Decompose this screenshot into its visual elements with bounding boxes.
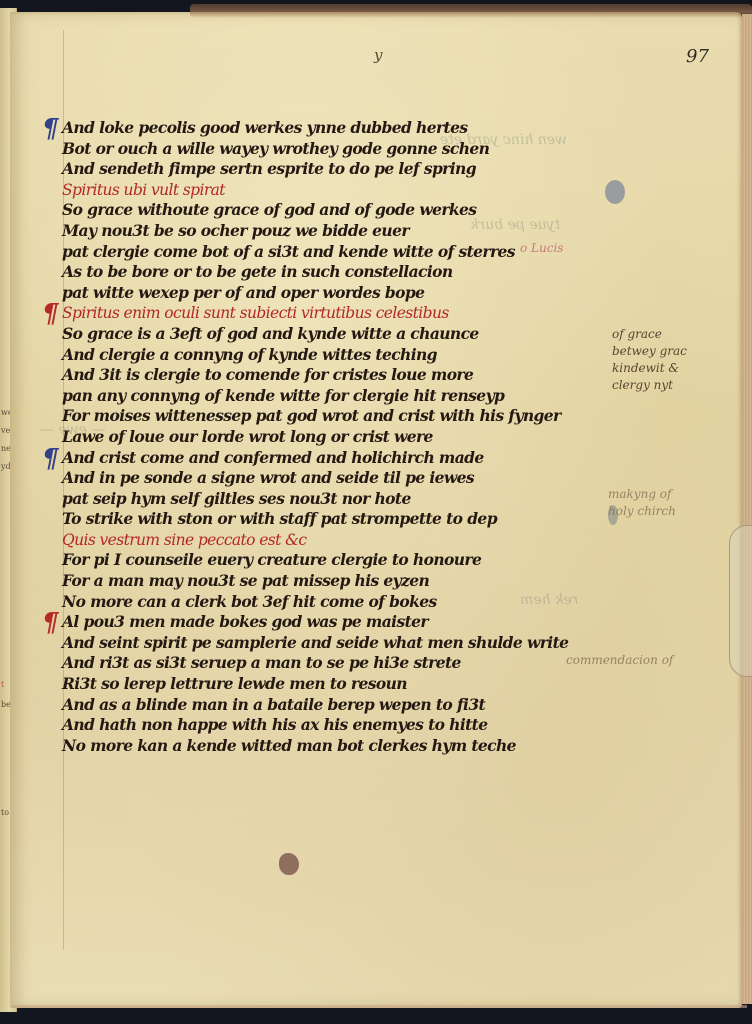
margin-note-line: betwey grac <box>612 343 687 360</box>
line-text: For a man may nou3t se pat missep his ey… <box>62 571 429 590</box>
rubric-line: Quis vestrum sine peccato est &c <box>40 530 640 551</box>
rubric-line: ¶ Spiritus enim oculi sunt subiecti virt… <box>40 303 640 324</box>
line-text: For moises wittenessep pat god wrot and … <box>62 406 561 425</box>
line-text: pan any connyng of kende witte for clerg… <box>62 386 504 405</box>
text-line: No more kan a kende witted man bot clerk… <box>40 736 640 757</box>
line-text: Bot or ouch a wille wayey wrothey gode g… <box>62 139 489 158</box>
margin-note-line: kindewit & <box>612 360 687 377</box>
line-text: pat clergie come bot of a si3t and kende… <box>62 242 515 261</box>
line-text: And as a blinde man in a bataile berep w… <box>62 695 485 714</box>
text-line: ¶ Al pou3 men made bokes god was pe mais… <box>40 612 640 633</box>
line-text: So grace withoute grace of god and of go… <box>62 200 476 219</box>
page-block-edge <box>742 14 752 1004</box>
line-text: pat witte wexep per of and oper wordes b… <box>62 283 424 302</box>
text-line: No more can a clerk bot 3ef hit come of … <box>40 592 640 613</box>
text-line: Bot or ouch a wille wayey wrothey gode g… <box>40 139 640 160</box>
text-line: And seint spirit pe samplerie and seide … <box>40 633 640 654</box>
margin-note-line: holy chirch <box>608 503 676 520</box>
line-text: As to be bore or to be gete in such cons… <box>62 262 453 281</box>
worn-top-edge <box>190 4 752 18</box>
line-text: To strike with ston or with staff pat st… <box>62 509 497 528</box>
margin-note: makyng of holy chirch <box>608 486 676 520</box>
text-line: pan any connyng of kende witte for clerg… <box>40 386 640 407</box>
text-line: And 3it is clergie to comende for criste… <box>40 365 640 386</box>
rubric-line: Spiritus ubi vult spirat <box>40 180 640 201</box>
line-text: And loke pecolis good werkes ynne dubbed… <box>62 118 468 137</box>
line-text: So grace is a 3eft of god and kynde witt… <box>62 324 479 343</box>
text-line: And in pe sonde a signe wrot and seide t… <box>40 468 640 489</box>
gutter-fragment: t <box>1 680 4 690</box>
line-text: pat seip hym self giltles ses nou3t nor … <box>62 489 411 508</box>
text-line: Ri3t so lerep lettrure lewde men to reso… <box>40 674 640 695</box>
text-line: pat witte wexep per of and oper wordes b… <box>40 283 640 304</box>
text-line: ¶ And loke pecolis good werkes ynne dubb… <box>40 118 640 139</box>
line-text: And ri3t as si3t seruep a man to se pe h… <box>62 653 461 672</box>
margin-note-line: of grace <box>612 326 687 343</box>
line-text: And hath non happe with his ax his enemy… <box>62 715 488 734</box>
line-text: And crist come and confermed and holichi… <box>62 448 484 467</box>
line-text: Ri3t so lerep lettrure lewde men to reso… <box>62 674 407 693</box>
manuscript-viewer: wer ver ne yd t be to y 97 wen hinc yard… <box>0 0 752 1024</box>
margin-note-line: clergy nyt <box>612 377 687 394</box>
line-text: May nou3t be so ocher pouz we bidde euer <box>62 221 409 240</box>
line-text: No more kan a kende witted man bot clerk… <box>62 736 516 755</box>
line-text: Quis vestrum sine peccato est &c <box>62 531 306 549</box>
text-line: pat seip hym self giltles ses nou3t nor … <box>40 489 640 510</box>
text-line: For moises wittenessep pat god wrot and … <box>40 406 640 427</box>
margin-note-red: o Lucis <box>520 240 563 257</box>
bottom-edge <box>12 1005 747 1008</box>
text-line: As to be bore or to be gete in such cons… <box>40 262 640 283</box>
margin-note-line: o Lucis <box>520 240 563 257</box>
line-text: Lawe of loue our lorde wrot long or cris… <box>62 427 433 446</box>
line-text: And 3it is clergie to comende for criste… <box>62 365 473 384</box>
margin-note-line: makyng of <box>608 486 676 503</box>
text-line: For a man may nou3t se pat missep his ey… <box>40 571 640 592</box>
margin-note: commendacion of <box>566 652 673 669</box>
line-text: Al pou3 men made bokes god was pe maiste… <box>62 612 428 631</box>
line-text: And seint spirit pe samplerie and seide … <box>62 633 568 652</box>
text-line: So grace is a 3eft of god and kynde witt… <box>40 324 640 345</box>
text-line: And clergie a connyng of kynde wittes te… <box>40 345 640 366</box>
text-line: ¶ And crist come and confermed and holic… <box>40 448 640 469</box>
line-text: Spiritus enim oculi sunt subiecti virtut… <box>62 304 449 322</box>
line-text: And clergie a connyng of kynde wittes te… <box>62 345 437 364</box>
text-line: And sendeth fimpe sertn esprite to do pe… <box>40 159 640 180</box>
gutter-fragment: to <box>1 808 9 818</box>
text-line: Lawe of loue our lorde wrot long or cris… <box>40 427 640 448</box>
line-text: No more can a clerk bot 3ef hit come of … <box>62 592 437 611</box>
text-line: And as a blinde man in a bataile berep w… <box>40 695 640 716</box>
text-line: May nou3t be so ocher pouz we bidde euer <box>40 221 640 242</box>
text-line: To strike with ston or with staff pat st… <box>40 509 640 530</box>
margin-note: of grace betwey grac kindewit & clergy n… <box>612 326 687 394</box>
line-text: And sendeth fimpe sertn esprite to do pe… <box>62 159 476 178</box>
text-line: And hath non happe with his ax his enemy… <box>40 715 640 736</box>
folio-number: 97 <box>686 46 709 67</box>
line-text: Spiritus ubi vult spirat <box>62 181 225 199</box>
main-text-block: ¶ And loke pecolis good werkes ynne dubb… <box>40 118 640 756</box>
parchment-stain <box>279 853 299 875</box>
line-text: And in pe sonde a signe wrot and seide t… <box>62 468 474 487</box>
text-line: For pi I counseile euery creature clergi… <box>40 550 640 571</box>
signature-mark: y <box>374 46 382 64</box>
text-line: So grace withoute grace of god and of go… <box>40 200 640 221</box>
margin-note-line: commendacion of <box>566 652 673 669</box>
page-tab-marker <box>729 525 752 677</box>
line-text: For pi I counseile euery creature clergi… <box>62 550 481 569</box>
text-line: And ri3t as si3t seruep a man to se pe h… <box>40 653 640 674</box>
